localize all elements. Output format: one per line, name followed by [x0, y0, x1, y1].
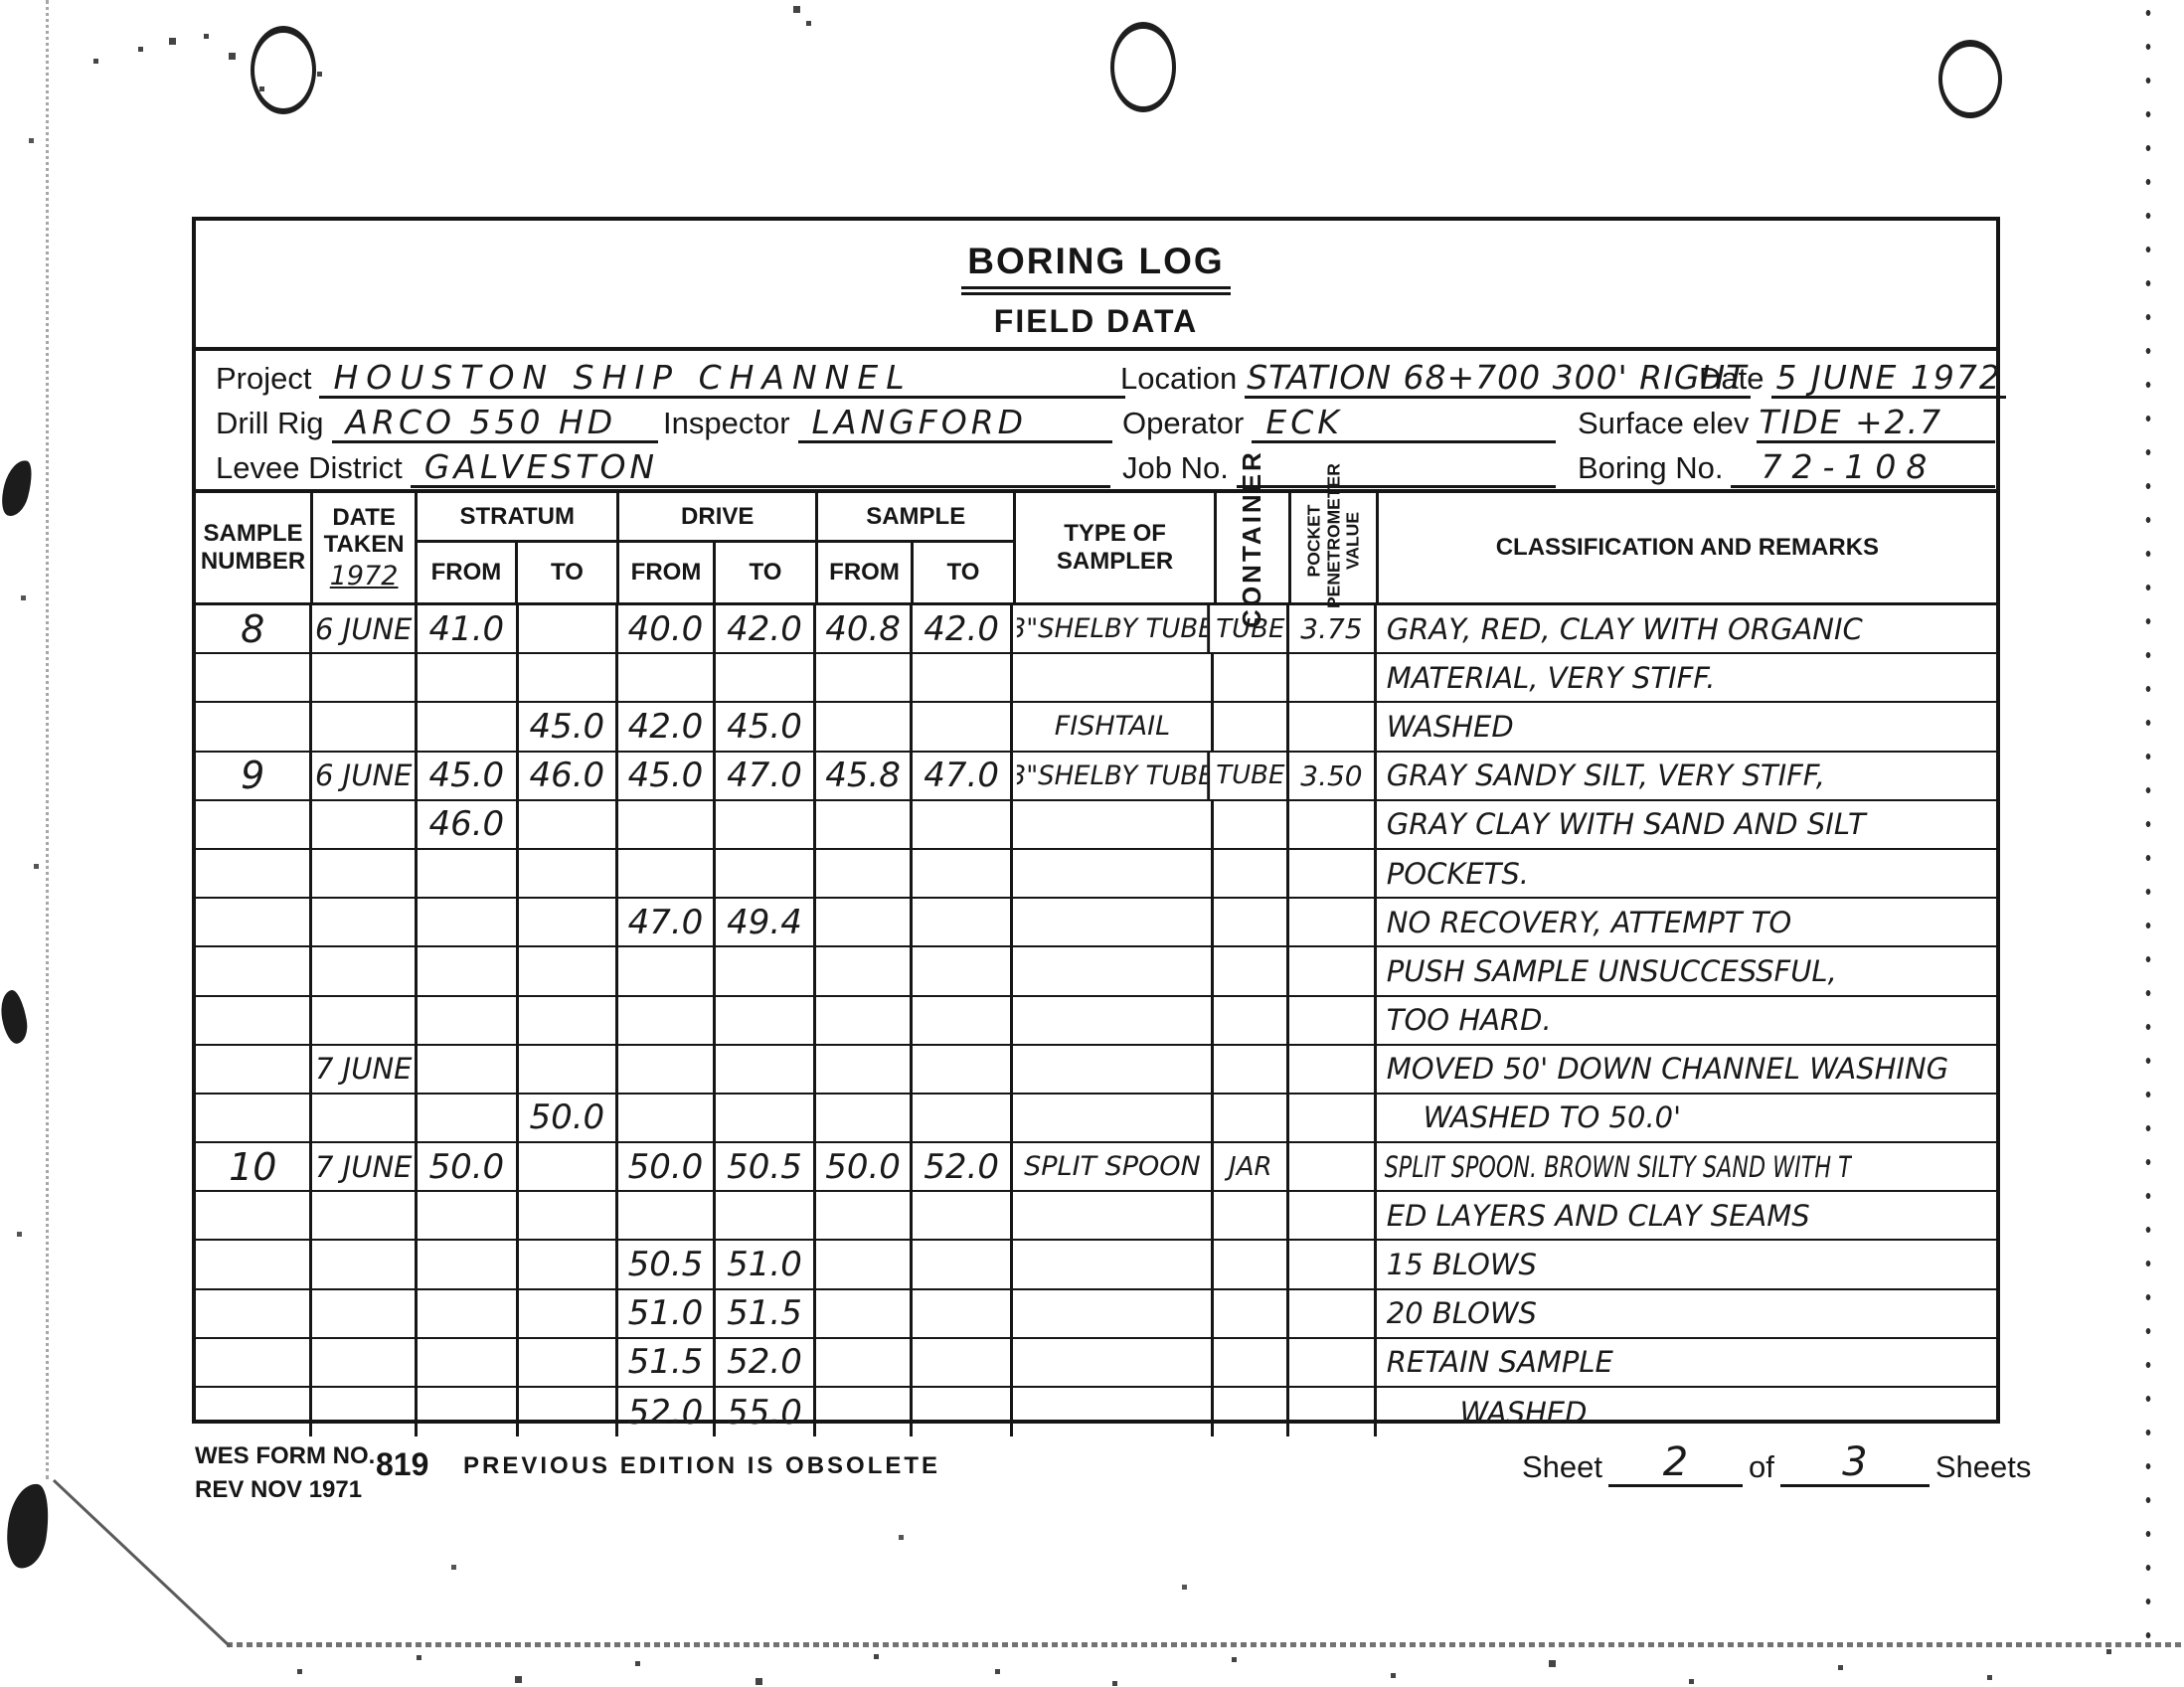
cell-df: 51.5 [618, 1339, 716, 1386]
punch-hole-right [1938, 40, 2002, 118]
cell-sf [418, 703, 519, 750]
cell-sn [196, 1339, 312, 1386]
cell-cont [1214, 654, 1289, 701]
table-row: TOO HARD. [196, 997, 1996, 1046]
cell-sf: 41.0 [418, 605, 519, 652]
cell-smf [816, 1046, 913, 1093]
cell-smt [913, 703, 1014, 750]
header-container-label: CONTAINER [1238, 449, 1267, 628]
cell-sampler: 3"SHELBY TUBE [1017, 753, 1210, 799]
form-number-line2: REV NOV 1971 [195, 1473, 375, 1507]
cell-date [312, 654, 418, 701]
cell-pp [1289, 1241, 1377, 1287]
header-drive-to: TO [716, 543, 815, 602]
cell-pp [1289, 654, 1377, 701]
header-drive: DRIVE [619, 493, 815, 543]
cell-pp [1289, 1339, 1377, 1386]
cell-remarks: TOO HARD. [1377, 997, 1996, 1044]
cell-cont: JAR [1214, 1143, 1289, 1190]
cell-smt [913, 801, 1014, 848]
cell-smf [816, 850, 913, 897]
header-stratum-from: FROM [418, 543, 518, 602]
cell-smf: 40.8 [816, 605, 913, 652]
form-title: BORING LOG [961, 241, 1230, 295]
cell-remarks: SPLIT SPOON. BROWN SILTY SAND WITH THIN … [1377, 1143, 1852, 1190]
cell-pp: 3.75 [1289, 605, 1377, 652]
header-sample-group: SAMPLE FROM TO [818, 493, 1016, 602]
field-inspector: Inspector LANGFORD [663, 402, 1112, 443]
header-classification: CLASSIFICATION AND REMARKS [1379, 493, 1996, 602]
cell-smt [913, 1241, 1014, 1287]
cell-sf [418, 1192, 519, 1239]
cell-dt [716, 1192, 817, 1239]
header-pocket-penetrometer-label: POCKET PENETROMETER VALUE [1304, 473, 1363, 608]
field-operator: Operator ECK [1122, 402, 1556, 443]
cell-df: 40.0 [618, 605, 716, 652]
cell-remarks: GRAY SANDY SILT, VERY STIFF, [1377, 753, 1996, 799]
cell-smf [816, 947, 913, 994]
cell-smt: 52.0 [913, 1143, 1014, 1190]
cell-df: 51.0 [618, 1290, 716, 1337]
cell-smt [913, 1046, 1014, 1093]
cell-sf [418, 1339, 519, 1386]
cell-sampler [1013, 899, 1214, 945]
cell-st: 46.0 [519, 753, 619, 799]
cell-pp [1289, 899, 1377, 945]
cell-date [312, 1241, 418, 1287]
cell-smf [816, 1290, 913, 1337]
header-sample: SAMPLE [818, 493, 1013, 543]
cell-sf [418, 997, 519, 1044]
field-location: Location STATION 68+700 300' RIGHT [1120, 357, 1695, 399]
cell-st: 45.0 [519, 703, 619, 750]
of-label: of [1743, 1449, 1780, 1487]
header-sample-number: SAMPLE NUMBER [196, 493, 313, 602]
cell-smf [816, 703, 913, 750]
cell-df: 47.0 [618, 899, 716, 945]
cell-dt: 47.0 [716, 753, 817, 799]
cell-cont: TUBE [1214, 753, 1289, 799]
cell-sf [418, 947, 519, 994]
cell-smt [913, 1095, 1014, 1141]
location-value: STATION 68+700 300' RIGHT [1245, 361, 1751, 396]
cell-dt [716, 997, 817, 1044]
cell-smf: 50.0 [816, 1143, 913, 1190]
project-label: Project [216, 361, 319, 399]
cell-sampler [1013, 947, 1214, 994]
cell-dt [716, 801, 817, 848]
field-project: Project HOUSTON SHIP CHANNEL [216, 357, 1125, 399]
table-row: 107 JUNE50.050.050.550.052.0SPLIT SPOONJ… [196, 1143, 1996, 1192]
form-title-block: BORING LOG FIELD DATA [196, 221, 1996, 351]
cell-pp [1289, 947, 1377, 994]
punch-hole-center [1110, 22, 1176, 112]
cell-sampler: 3"SHELBY TUBE [1017, 605, 1210, 652]
cell-sn [196, 850, 312, 897]
field-boring-no: Boring No. 72-108 [1578, 446, 1995, 488]
cell-dt: 51.5 [716, 1290, 817, 1337]
cell-st: 50.0 [519, 1095, 619, 1141]
cell-st [519, 899, 619, 945]
table-row: 47.049.4NO RECOVERY, ATTEMPT TO [196, 899, 1996, 947]
cell-sn [196, 1046, 312, 1093]
table-row: ED LAYERS AND CLAY SEAMS [196, 1192, 1996, 1241]
cell-smf [816, 801, 913, 848]
table-row: 51.552.0RETAIN SAMPLE [196, 1339, 1996, 1388]
project-value: HOUSTON SHIP CHANNEL [319, 361, 916, 396]
cell-smf [816, 1388, 913, 1436]
cell-pp [1289, 850, 1377, 897]
cell-dt: 45.0 [716, 703, 817, 750]
table-row: PUSH SAMPLE UNSUCCESSFUL, [196, 947, 1996, 996]
cell-dt: 42.0 [716, 605, 817, 652]
cell-smf [816, 1095, 913, 1141]
table-row: 46.0GRAY CLAY WITH SAND AND SILT [196, 801, 1996, 850]
cell-date [312, 850, 418, 897]
cell-smt [913, 654, 1014, 701]
cell-date: 7 JUNE [312, 1143, 418, 1190]
cell-smf [816, 1339, 913, 1386]
cell-sampler [1013, 1339, 1214, 1386]
cell-sf [418, 1388, 519, 1436]
cell-st [519, 801, 619, 848]
cell-cont [1214, 703, 1289, 750]
cell-sampler [1013, 801, 1214, 848]
cell-remarks: 20 BLOWS [1377, 1290, 1996, 1337]
cell-pp [1289, 801, 1377, 848]
cell-remarks: GRAY, RED, CLAY WITH ORGANIC [1377, 605, 1996, 652]
cell-date [312, 1192, 418, 1239]
cell-df [618, 997, 716, 1044]
cell-df [618, 654, 716, 701]
cell-sf [418, 1046, 519, 1093]
boring-no-label: Boring No. [1578, 450, 1731, 488]
cell-sn [196, 1388, 312, 1436]
cell-remarks: RETAIN SAMPLE [1377, 1339, 1996, 1386]
cell-cont [1214, 997, 1289, 1044]
field-levee-district: Levee District GALVESTON [216, 446, 1110, 488]
cell-date [312, 947, 418, 994]
cell-dt [716, 654, 817, 701]
cell-sn [196, 1192, 312, 1239]
cell-st [519, 1339, 619, 1386]
header-stratum-to: TO [518, 543, 616, 602]
cell-df [618, 947, 716, 994]
cell-date [312, 1388, 418, 1436]
field-drill-rig: Drill Rig ARCO 550 HD [216, 402, 658, 443]
drill-rig-value: ARCO 550 HD [332, 406, 621, 440]
table-row: 51.051.520 BLOWS [196, 1290, 1996, 1339]
cell-smt [913, 997, 1014, 1044]
cell-date [312, 997, 418, 1044]
cell-sn [196, 654, 312, 701]
cell-cont [1214, 1192, 1289, 1239]
cell-sf: 46.0 [418, 801, 519, 848]
cell-sampler [1013, 1290, 1214, 1337]
cell-date [312, 703, 418, 750]
cell-smt [913, 1339, 1014, 1386]
cell-dt: 55.0 [716, 1388, 817, 1436]
cell-remarks: POCKETS. [1377, 850, 1996, 897]
perforation-dots [2142, 4, 2154, 1657]
cell-remarks: ED LAYERS AND CLAY SEAMS [1377, 1192, 1996, 1239]
cell-smf [816, 899, 913, 945]
cell-df: 50.0 [618, 1143, 716, 1190]
table-row: 50.0 WASHED TO 50.0' [196, 1095, 1996, 1143]
cell-st [519, 1388, 619, 1436]
cell-smf [816, 654, 913, 701]
location-label: Location [1120, 361, 1245, 399]
table-row: MATERIAL, VERY STIFF. [196, 654, 1996, 703]
cell-dt [716, 1095, 817, 1141]
cell-remarks: PUSH SAMPLE UNSUCCESSFUL, [1377, 947, 1996, 994]
ink-blob [2, 1481, 54, 1572]
cell-st [519, 947, 619, 994]
cell-pp [1289, 1095, 1377, 1141]
cell-sampler: SPLIT SPOON [1013, 1143, 1214, 1190]
cell-sn [196, 801, 312, 848]
cell-remarks: WASHED [1377, 703, 1996, 750]
cell-date [312, 1339, 418, 1386]
header-stratum: STRATUM [418, 493, 616, 543]
header-type-of-sampler: TYPE OF SAMPLER [1016, 493, 1217, 602]
job-no-label: Job No. [1122, 450, 1237, 488]
ink-blob [0, 988, 31, 1045]
header-container: CONTAINER [1217, 493, 1291, 602]
cell-smt [913, 947, 1014, 994]
cell-sampler: FISHTAIL [1013, 703, 1214, 750]
boring-no-value: 72-108 [1731, 450, 1940, 485]
cell-pp: 3.50 [1289, 753, 1377, 799]
cell-dt: 51.0 [716, 1241, 817, 1287]
surface-elev-value: TIDE +2.7 [1757, 406, 1946, 440]
cell-cont [1214, 899, 1289, 945]
punch-hole-left [251, 26, 316, 114]
page-bottom-edge [227, 1642, 2184, 1647]
table-row: 96 JUNE45.046.045.047.045.847.03"SHELBY … [196, 753, 1996, 801]
levee-district-label: Levee District [216, 450, 411, 488]
cell-sampler [1013, 1046, 1214, 1093]
obsolete-note: PREVIOUS EDITION IS OBSOLETE [463, 1452, 940, 1480]
sheet-label: Sheet [1516, 1449, 1608, 1487]
cell-dt: 50.5 [716, 1143, 817, 1190]
levee-district-value: GALVESTON [411, 450, 662, 485]
cell-sf [418, 899, 519, 945]
cell-sf [418, 1290, 519, 1337]
cell-sf [418, 850, 519, 897]
operator-label: Operator [1122, 406, 1252, 443]
cell-st [519, 997, 619, 1044]
cell-sampler [1013, 1192, 1214, 1239]
cell-dt: 52.0 [716, 1339, 817, 1386]
cell-smf [816, 997, 913, 1044]
cell-smt: 47.0 [913, 753, 1014, 799]
cell-remarks: GRAY CLAY WITH SAND AND SILT [1377, 801, 1996, 848]
cell-smf: 45.8 [816, 753, 913, 799]
cell-cont [1214, 1339, 1289, 1386]
cell-smt: 42.0 [913, 605, 1014, 652]
cell-cont [1214, 801, 1289, 848]
cell-pp [1289, 997, 1377, 1044]
cell-df [618, 1046, 716, 1093]
cell-pp [1289, 703, 1377, 750]
cell-smt [913, 1192, 1014, 1239]
header-drive-from: FROM [619, 543, 716, 602]
cell-dt: 49.4 [716, 899, 817, 945]
cell-st [519, 1241, 619, 1287]
cell-sn [196, 1095, 312, 1141]
form-number-line1: WES FORM NO. [195, 1439, 375, 1473]
cell-date [312, 899, 418, 945]
cell-smt [913, 1388, 1014, 1436]
page-left-edge [46, 0, 49, 1479]
cell-df: 50.5 [618, 1241, 716, 1287]
cell-cont [1214, 947, 1289, 994]
inspector-label: Inspector [663, 406, 798, 443]
date-label: Date [1699, 361, 1771, 399]
operator-value: ECK [1252, 406, 1347, 440]
cell-date [312, 1095, 418, 1141]
cell-date [312, 801, 418, 848]
cell-pp [1289, 1143, 1377, 1190]
cell-pp [1289, 1046, 1377, 1093]
cell-sn [196, 1241, 312, 1287]
cell-pp [1289, 1388, 1377, 1436]
cell-df [618, 1192, 716, 1239]
field-date: Date 5 JUNE 1972 [1699, 357, 1997, 399]
header-pocket-penetrometer: POCKET PENETROMETER VALUE [1291, 493, 1378, 602]
cell-date: 6 JUNE [312, 605, 418, 652]
header-date-taken: DATE TAKEN 1972 [313, 493, 418, 602]
cell-df [618, 1095, 716, 1141]
form-info-block: Project HOUSTON SHIP CHANNEL Location ST… [196, 351, 1996, 493]
cell-df [618, 801, 716, 848]
cell-df: 45.0 [618, 753, 716, 799]
boring-log-form: BORING LOG FIELD DATA Project HOUSTON SH… [192, 217, 2000, 1424]
cell-sf [418, 654, 519, 701]
cell-st [519, 1143, 619, 1190]
cell-sampler [1013, 850, 1214, 897]
cell-cont [1214, 1290, 1289, 1337]
cell-remarks: NO RECOVERY, ATTEMPT TO [1377, 899, 1996, 945]
drill-rig-label: Drill Rig [216, 406, 332, 443]
scanned-boring-log-page: BORING LOG FIELD DATA Project HOUSTON SH… [0, 0, 2184, 1687]
cell-cont [1214, 1095, 1289, 1141]
cell-df: 52.0 [618, 1388, 716, 1436]
table-header: SAMPLE NUMBER DATE TAKEN 1972 STRATUM FR… [196, 493, 1996, 605]
field-surface-elev: Surface elev TIDE +2.7 [1578, 402, 1995, 443]
cell-date [312, 1290, 418, 1337]
cell-pp [1289, 1192, 1377, 1239]
inspector-value: LANGFORD [798, 406, 1032, 440]
form-number-block: WES FORM NO. REV NOV 1971 [195, 1439, 375, 1506]
cell-df: 42.0 [618, 703, 716, 750]
cell-sn: 8 [196, 605, 312, 652]
cell-sampler [1013, 997, 1214, 1044]
cell-dt [716, 947, 817, 994]
cell-sampler [1013, 654, 1214, 701]
cell-sampler [1013, 1388, 1214, 1436]
cell-st [519, 1046, 619, 1093]
cell-remarks: MOVED 50' DOWN CHANNEL WASHING [1377, 1046, 1996, 1093]
form-subtitle: FIELD DATA [196, 303, 1996, 340]
cell-sn [196, 899, 312, 945]
ink-blob [0, 457, 37, 520]
surface-elev-label: Surface elev [1578, 406, 1757, 443]
cell-smt [913, 850, 1014, 897]
cell-dt [716, 850, 817, 897]
cell-sf: 50.0 [418, 1143, 519, 1190]
cell-sn: 10 [196, 1143, 312, 1190]
cell-sampler [1013, 1095, 1214, 1141]
cell-pp [1289, 1290, 1377, 1337]
cell-remarks: MATERIAL, VERY STIFF. [1377, 654, 1996, 701]
cell-remarks: 15 BLOWS [1377, 1241, 1996, 1287]
cell-sf: 45.0 [418, 753, 519, 799]
cell-cont [1214, 1046, 1289, 1093]
total-sheets-number: 3 [1842, 1442, 1867, 1484]
cell-smt [913, 899, 1014, 945]
cell-df [618, 850, 716, 897]
header-drive-group: DRIVE FROM TO [619, 493, 818, 602]
header-stratum-group: STRATUM FROM TO [418, 493, 619, 602]
cell-dt [716, 1046, 817, 1093]
cell-st [519, 1290, 619, 1337]
date-value: 5 JUNE 1972 [1771, 361, 2005, 396]
cell-st [519, 1192, 619, 1239]
sheets-label: Sheets [1930, 1449, 2038, 1487]
cell-smt [913, 1290, 1014, 1337]
cell-remarks: WASHED [1377, 1388, 1996, 1436]
cell-cont [1214, 850, 1289, 897]
header-sample-from: FROM [818, 543, 914, 602]
header-date-taken-year: 1972 [330, 561, 399, 591]
table-row: 50.551.015 BLOWS [196, 1241, 1996, 1289]
table-row: 52.055.0 WASHED [196, 1388, 1996, 1436]
table-body: 86 JUNE41.040.042.040.842.03"SHELBY TUBE… [196, 605, 1996, 1436]
cell-sampler [1013, 1241, 1214, 1287]
sheet-number: 2 [1663, 1442, 1688, 1484]
cell-st [519, 605, 619, 652]
table-row: 45.042.045.0FISHTAILWASHED [196, 703, 1996, 752]
scan-specks [0, 0, 3, 3]
cell-sn [196, 947, 312, 994]
cell-remarks: WASHED TO 50.0' [1377, 1095, 1996, 1141]
header-date-taken-label: DATE TAKEN [319, 504, 409, 559]
cell-cont [1214, 1388, 1289, 1436]
table-row: 7 JUNEMOVED 50' DOWN CHANNEL WASHING [196, 1046, 1996, 1095]
cell-st [519, 850, 619, 897]
cell-sn: 9 [196, 753, 312, 799]
sheet-counter: Sheet 2 of 3 Sheets [1516, 1432, 2037, 1487]
cell-smf [816, 1192, 913, 1239]
table-row: 86 JUNE41.040.042.040.842.03"SHELBY TUBE… [196, 605, 1996, 654]
cell-sn [196, 703, 312, 750]
cell-sn [196, 1290, 312, 1337]
cell-sf [418, 1095, 519, 1141]
cell-st [519, 654, 619, 701]
cell-date: 7 JUNE [312, 1046, 418, 1093]
cell-sn [196, 997, 312, 1044]
cell-smf [816, 1241, 913, 1287]
cell-sf [418, 1241, 519, 1287]
cell-date: 6 JUNE [312, 753, 418, 799]
form-number: 819 [376, 1446, 428, 1483]
table-row: POCKETS. [196, 850, 1996, 899]
header-sample-to: TO [914, 543, 1013, 602]
cell-cont [1214, 1241, 1289, 1287]
